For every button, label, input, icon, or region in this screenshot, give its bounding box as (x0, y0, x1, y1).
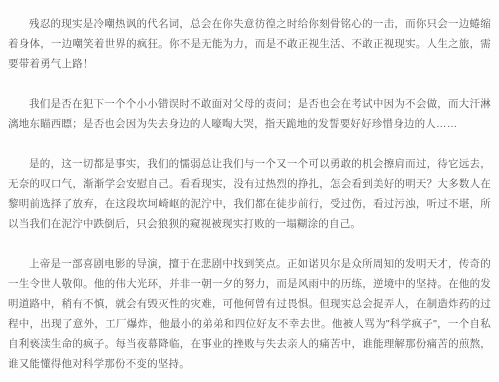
essay-paragraph-4: 上帝是一部喜剧电影的导演，擅于在悲剧中找到笑点。正如诺贝尔是众所周知的发明天才，… (8, 254, 491, 374)
document-page: 残忍的现实是冷嘲热讽的代名词，总会在你失意彷徨之时给你刻骨铭心的一击，而你只会一… (0, 0, 499, 382)
essay-paragraph-2: 我们是否在犯下一个个小小错误时不敢面对父母的责问；是否也会在考试中因为不会做，而… (8, 94, 491, 134)
essay-paragraph-1: 残忍的现实是冷嘲热讽的代名词，总会在你失意彷徨之时给你刻骨铭心的一击，而你只会一… (8, 14, 491, 74)
essay-paragraph-3: 是的，这一切都是事实，我们的懦弱总让我们与一个又一个可以勇敢的机会擦肩而过，待它… (8, 154, 491, 234)
